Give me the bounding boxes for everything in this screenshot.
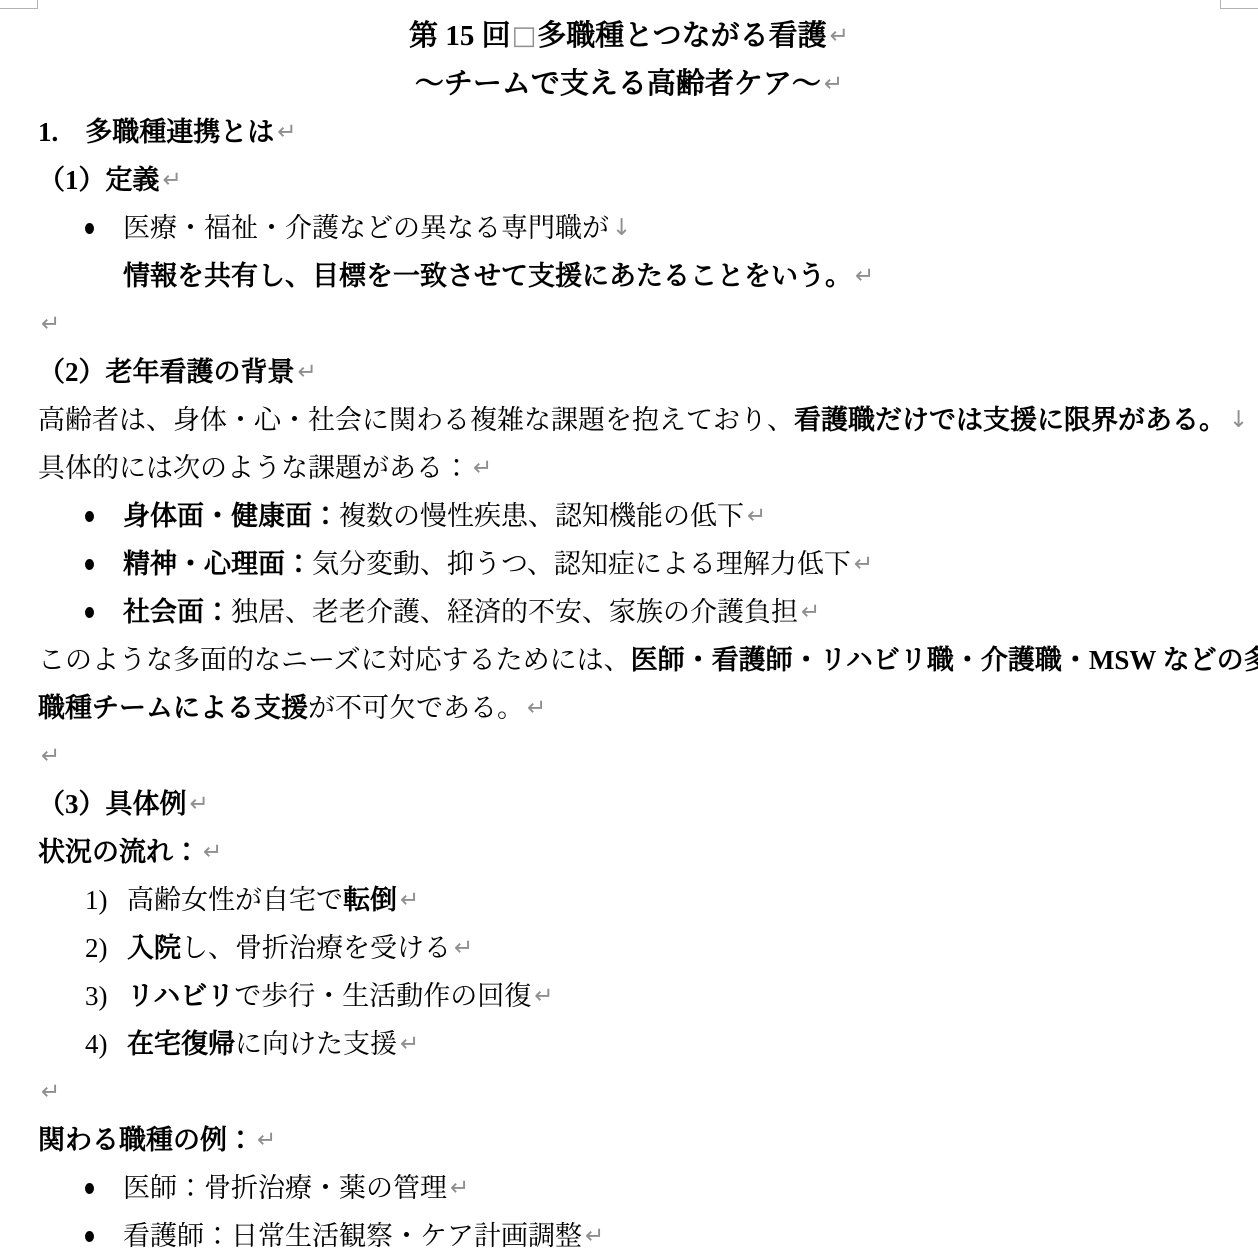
- text-segment-bold: 転倒: [343, 887, 397, 914]
- bullet-icon: [85, 511, 94, 522]
- paragraph-mark: ↵: [747, 505, 766, 528]
- line-break-mark: ↓: [612, 217, 631, 240]
- heading-1-2-background: （2）老年看護の背景 ↵: [38, 348, 1220, 396]
- text-segment: 看護師：日常生活観察・ケア計画調整: [123, 1223, 582, 1250]
- numbered-item-3: 3) リハビリ で歩行・生活動作の回復 ↵: [38, 972, 1220, 1020]
- body-line-needs-1: このような多面的なニーズに対応するためには、 医師・看護師・リハビリ職・介護職・…: [38, 636, 1220, 684]
- text-segment-bold: 精神・心理面：: [123, 551, 312, 578]
- body-line-flow-label: 状況の流れ： ↵: [38, 828, 1220, 876]
- page-subtitle: ～チームで支える高齢者ケア～ ↵: [38, 60, 1220, 108]
- text-segment-bold: 情報を共有し、目標を一致させて支援にあたることをいう。: [123, 263, 852, 290]
- text-boundary-corner-mark-right: [1220, 0, 1258, 9]
- numbered-item-2: 2) 入院 し、骨折治療を受ける ↵: [38, 924, 1220, 972]
- subtitle-text: ～チームで支える高齢者ケア～: [415, 70, 821, 99]
- bullet-icon: [85, 1183, 94, 1194]
- word-document-page[interactable]: 第 15 回 □ 多職種とつながる看護 ↵ ～チームで支える高齢者ケア～ ↵ 1…: [0, 0, 1258, 1258]
- paragraph-mark: ↵: [855, 265, 874, 288]
- fullwidth-space-mark: □: [512, 23, 537, 49]
- text-segment: 独居、老老介護、経済的不安、家族の介護負担: [231, 599, 798, 626]
- text-segment: し、骨折治療を受ける: [181, 935, 451, 962]
- paragraph-mark: ↵: [534, 985, 553, 1008]
- text-segment-bold: 状況の流れ：: [38, 839, 200, 866]
- paragraph-mark: ↵: [298, 361, 317, 384]
- bullet-item-social: 社会面： 独居、老老介護、経済的不安、家族の介護負担 ↵: [38, 588, 1220, 636]
- text-segment-bold: 医師・看護師・リハビリ職・介護職・MSW などの多: [631, 647, 1258, 674]
- text-segment: 高齢女性が自宅で: [127, 887, 343, 914]
- title-text: 第 15 回: [409, 22, 511, 51]
- paragraph-mark: ↵: [830, 25, 849, 48]
- bullet-item-physical: 身体面・健康面： 複数の慢性疾患、認知機能の低下 ↵: [38, 492, 1220, 540]
- text-segment: で歩行・生活動作の回復: [234, 983, 531, 1010]
- heading-text: （2）老年看護の背景: [38, 359, 295, 386]
- page-title: 第 15 回 □ 多職種とつながる看護 ↵: [38, 12, 1220, 60]
- paragraph-mark: ↵: [854, 553, 873, 576]
- body-line-background-1: 高齢者は、身体・心・社会に関わる複雑な課題を抱えており、 看護職だけでは支援に限…: [38, 396, 1220, 444]
- heading-text: （3）具体例: [38, 791, 187, 818]
- paragraph-mark: ↵: [257, 1129, 276, 1152]
- paragraph-mark: ↵: [473, 457, 492, 480]
- text-segment-bold: 社会面：: [123, 599, 231, 626]
- paragraph-mark: ↵: [801, 601, 820, 624]
- list-number: 3): [85, 983, 127, 1010]
- body-line-needs-2: 職種チームによる支援 が不可欠である。 ↵: [38, 684, 1220, 732]
- text-boundary-corner-mark-left: [0, 0, 38, 9]
- empty-paragraph: ↵: [38, 1068, 1220, 1116]
- numbered-item-1: 1) 高齢女性が自宅で 転倒 ↵: [38, 876, 1220, 924]
- list-number: 1): [85, 887, 127, 914]
- text-segment-bold: 在宅復帰: [127, 1031, 235, 1058]
- numbered-item-4: 4) 在宅復帰 に向けた支援 ↵: [38, 1020, 1220, 1068]
- text-segment: 気分変動、抑うつ、認知症による理解力低下: [312, 551, 851, 578]
- heading-text: （1）定義: [38, 167, 160, 194]
- heading-1-1-definition: （1）定義 ↵: [38, 156, 1220, 204]
- text-segment: 医療・福祉・介護などの異なる専門職が: [123, 215, 609, 242]
- definition-continuation: 情報を共有し、目標を一致させて支援にあたることをいう。 ↵: [38, 252, 1220, 300]
- paragraph-mark: ↵: [400, 889, 419, 912]
- text-segment: 医師：骨折治療・薬の管理: [123, 1175, 447, 1202]
- text-segment-bold: 入院: [127, 935, 181, 962]
- text-segment-bold: 看護職だけでは支援に限界がある。: [794, 407, 1226, 434]
- bullet-icon: [85, 559, 94, 570]
- bullet-icon: [85, 223, 94, 234]
- line-break-mark: ↓: [1229, 409, 1248, 432]
- bullet-item-definition: 医療・福祉・介護などの異なる専門職が ↓: [38, 204, 1220, 252]
- text-segment-bold: 身体面・健康面：: [123, 503, 339, 530]
- heading-1-3-example: （3）具体例 ↵: [38, 780, 1220, 828]
- paragraph-mark: ↵: [400, 1033, 419, 1056]
- paragraph-mark: ↵: [163, 169, 182, 192]
- empty-paragraph: ↵: [38, 732, 1220, 780]
- title-text: 多職種とつながる看護: [537, 22, 826, 51]
- text-segment: 高齢者は、身体・心・社会に関わる複雑な課題を抱えており、: [38, 407, 794, 434]
- text-segment-bold: リハビリ: [127, 983, 234, 1010]
- paragraph-mark: ↵: [190, 793, 209, 816]
- heading-section-1: 1. 多職種連携とは ↵: [38, 108, 1220, 156]
- bullet-item-mental: 精神・心理面： 気分変動、抑うつ、認知症による理解力低下 ↵: [38, 540, 1220, 588]
- paragraph-mark: ↵: [41, 745, 60, 768]
- body-line-roles-label: 関わる職種の例： ↵: [38, 1116, 1220, 1164]
- paragraph-mark: ↵: [203, 841, 222, 864]
- document-body: 第 15 回 □ 多職種とつながる看護 ↵ ～チームで支える高齢者ケア～ ↵ 1…: [0, 0, 1258, 1258]
- paragraph-mark: ↵: [454, 937, 473, 960]
- text-segment: 具体的には次のような課題がある：: [38, 455, 470, 482]
- text-segment: 複数の慢性疾患、認知機能の低下: [339, 503, 744, 530]
- paragraph-mark: ↵: [585, 1225, 604, 1248]
- paragraph-mark: ↵: [527, 697, 546, 720]
- text-segment-bold: 関わる職種の例：: [38, 1127, 254, 1154]
- paragraph-mark: ↵: [41, 1081, 60, 1104]
- text-segment: が不可欠である。: [308, 695, 524, 722]
- text-segment: に向けた支援: [235, 1031, 397, 1058]
- list-number: 2): [85, 935, 127, 962]
- paragraph-mark: ↵: [41, 313, 60, 336]
- paragraph-mark: ↵: [824, 73, 843, 96]
- paragraph-mark: ↵: [450, 1177, 469, 1200]
- empty-paragraph: ↵: [38, 300, 1220, 348]
- bullet-icon: [85, 607, 94, 618]
- text-segment: このような多面的なニーズに対応するためには、: [38, 647, 631, 674]
- body-line-background-2: 具体的には次のような課題がある： ↵: [38, 444, 1220, 492]
- list-number: 4): [85, 1031, 127, 1058]
- bullet-icon: [85, 1231, 94, 1242]
- heading-text: 1. 多職種連携とは: [38, 119, 274, 146]
- text-segment-bold: 職種チームによる支援: [38, 695, 308, 722]
- bullet-item-nurse: 看護師：日常生活観察・ケア計画調整 ↵: [38, 1212, 1220, 1258]
- paragraph-mark: ↵: [277, 121, 296, 144]
- bullet-item-doctor: 医師：骨折治療・薬の管理 ↵: [38, 1164, 1220, 1212]
